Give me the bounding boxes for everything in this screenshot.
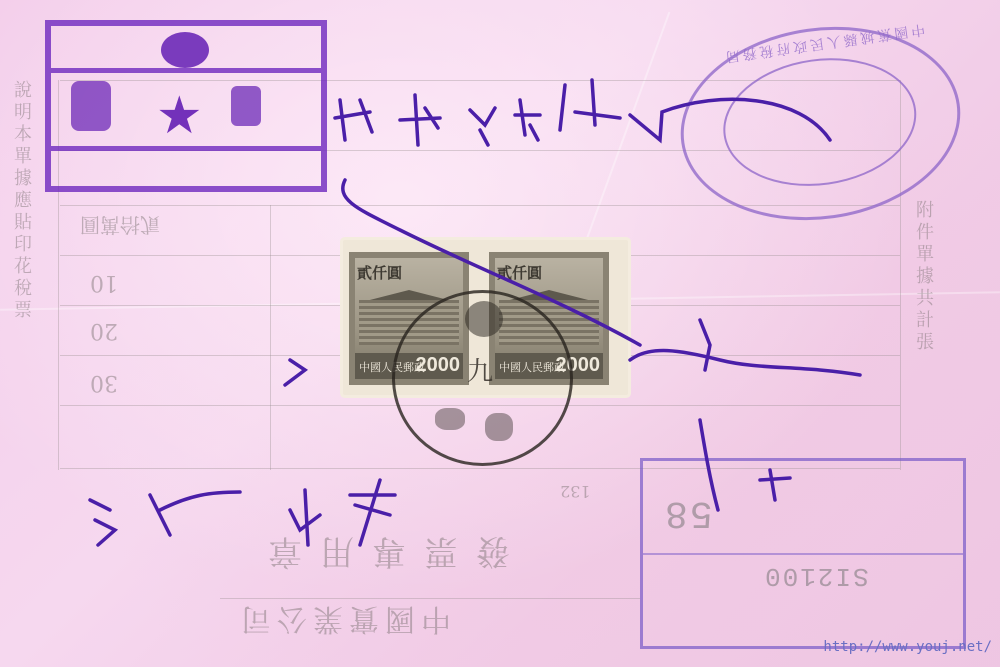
scanned-receipt: 貳拾萬圓 10 20 30 發票專用章 中國實業公司 132 說明本單據應貼印花…	[0, 0, 1000, 667]
handwriting-strokes	[0, 0, 1000, 667]
watermark-url: http://www.youj.net/	[823, 639, 992, 655]
